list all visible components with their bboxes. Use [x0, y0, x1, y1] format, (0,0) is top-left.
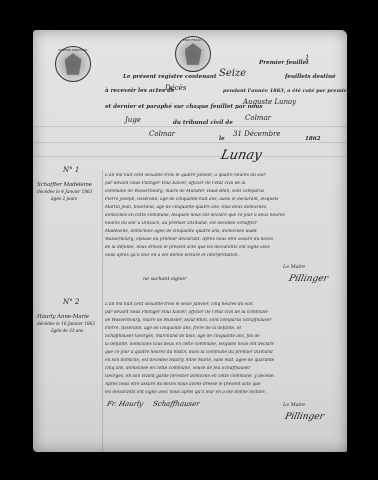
- entry-2-body-line: la défunte, domiciliés tous deux en cett…: [105, 342, 339, 347]
- entry-2-margin-age: âgée de 33 ans: [51, 329, 83, 334]
- entry-1-body-line: domiciliés en cette commune, lesquels no…: [105, 213, 339, 218]
- entry-1-body-line: nous après qu'il leur en a été donné lec…: [105, 253, 339, 258]
- judge-name: Auguste Lunay: [243, 98, 296, 106]
- entry-2-number: N° 2: [63, 298, 79, 306]
- entry-1-body-line: Pierre Joseph, tisserand, âgé de cinquan…: [105, 197, 339, 202]
- entry-2-body-line: L'an mil huit cent soixante-trois le sei…: [105, 302, 339, 307]
- judge-signature: Lunay: [219, 148, 263, 163]
- entry-2-body-line: Georges, en son vivant garde forestier d…: [105, 374, 339, 379]
- ruled-line: [33, 156, 347, 157]
- left-seal-stamp-icon: TIMBRE IMPERIAL: [55, 46, 91, 82]
- entry-2-signature-witness-2: Schaffhauser: [152, 400, 200, 408]
- act-type: Décès: [165, 84, 186, 92]
- date-place: Colmar: [149, 130, 175, 138]
- register-header-line2-suffix: pendant l'année 1863, a été coté par pre…: [223, 88, 350, 94]
- entry-1-closing: Le Maire: [283, 264, 305, 270]
- entry-2-mayor-signature: Pillinger: [284, 412, 325, 422]
- entry-1-mayor-signature: Pillinger: [288, 274, 329, 284]
- margin-rule: [102, 170, 103, 452]
- entry-1-body-line: commune de Wasserbourg, maire de Munster…: [105, 189, 339, 194]
- entry-1-no-signature-note: ne sachant signer: [143, 276, 186, 282]
- date-handwritten: 31 Décembre: [233, 130, 281, 138]
- entry-1-margin-date: décédée le 4 Janvier 1863: [37, 190, 92, 195]
- entry-1-body-line: de la défunte, nous dressé le présent ac…: [105, 245, 339, 250]
- entry-2-body-line: les déclarants ont signé avec nous après…: [105, 390, 339, 395]
- register-page: TIMBRE IMPERIAL EMP. FRANC. Premier feui…: [33, 30, 347, 452]
- entry-1-body-line: Madeleine, domiciliée âgée de cinquante-…: [105, 229, 339, 234]
- entry-1-body-line: Martin Jean, tisserand, âgé de cinquante…: [105, 205, 339, 210]
- judge-role: Juge: [125, 116, 141, 124]
- entry-2-body-line: de Wasserbourg, maire de Munster, Haut-R…: [105, 318, 339, 323]
- entry-1-margin-name: Schaffter Madeleine: [37, 182, 92, 188]
- entry-2-body-line: par-devant nous Pillinger Paul Xavier, o…: [105, 310, 339, 315]
- top-seal-stamp-icon: EMP. FRANC.: [175, 36, 211, 72]
- first-leaf-label: Premier feuillet: [259, 60, 309, 66]
- entry-2-margin-name: Haurly Anne-Marie: [37, 314, 89, 320]
- entry-1-margin-age: âgée 2 jours: [51, 197, 77, 202]
- entry-2-margin-date: décédée le 16 Janvier 1863: [37, 322, 95, 327]
- entry-2-closing: Le Maire: [283, 402, 305, 408]
- register-header-line1: Le présent registre contenant: [123, 74, 217, 80]
- date-prefix: le: [219, 136, 225, 142]
- ruled-line: [33, 126, 347, 127]
- entry-2-body-line: que ce jour à quatre heures du matin, da…: [105, 350, 339, 355]
- entry-2-body-line: en son domicile, est décédée Haurly Anne…: [105, 358, 339, 363]
- leaf-count: Seize: [219, 68, 246, 79]
- register-header-line1-suffix: feuillets destiné: [285, 74, 336, 80]
- register-header-line4: du tribunal civil de: [173, 120, 233, 126]
- entry-2-body-line: cinq ans, domiciliée en cette commune, v…: [105, 366, 339, 371]
- entry-1-body-line: Wasserbourg, épouse du premier déclarant…: [105, 237, 339, 242]
- register-header-line3: et dernier et paraphé sur chaque feuille…: [105, 104, 262, 110]
- date-year: 1862: [305, 136, 321, 142]
- entry-1-body-line: heures du soir à Dinzach, au premier Dix…: [105, 221, 339, 226]
- entry-2-body-line: Après nous être assuré du décès nous avo…: [105, 382, 339, 387]
- entry-2-body-line: Schaffhauser Georges, marchand de bois, …: [105, 334, 339, 339]
- entry-1-body-line: L'an mil huit cent soixante-trois le qua…: [105, 173, 339, 178]
- entry-1-number: N° 1: [63, 166, 79, 174]
- entry-2-signature-witness-1: Fr. Haurly: [106, 400, 144, 408]
- entry-2-body-line: Pierre, tisserand, âgé de cinquante ans,…: [105, 326, 339, 331]
- court-place: Colmar: [245, 114, 271, 122]
- first-leaf-number: 1: [305, 54, 309, 62]
- ruled-line: [33, 142, 347, 143]
- entry-1-body-line: par-devant nous Pillinger Paul Xavier, o…: [105, 181, 339, 186]
